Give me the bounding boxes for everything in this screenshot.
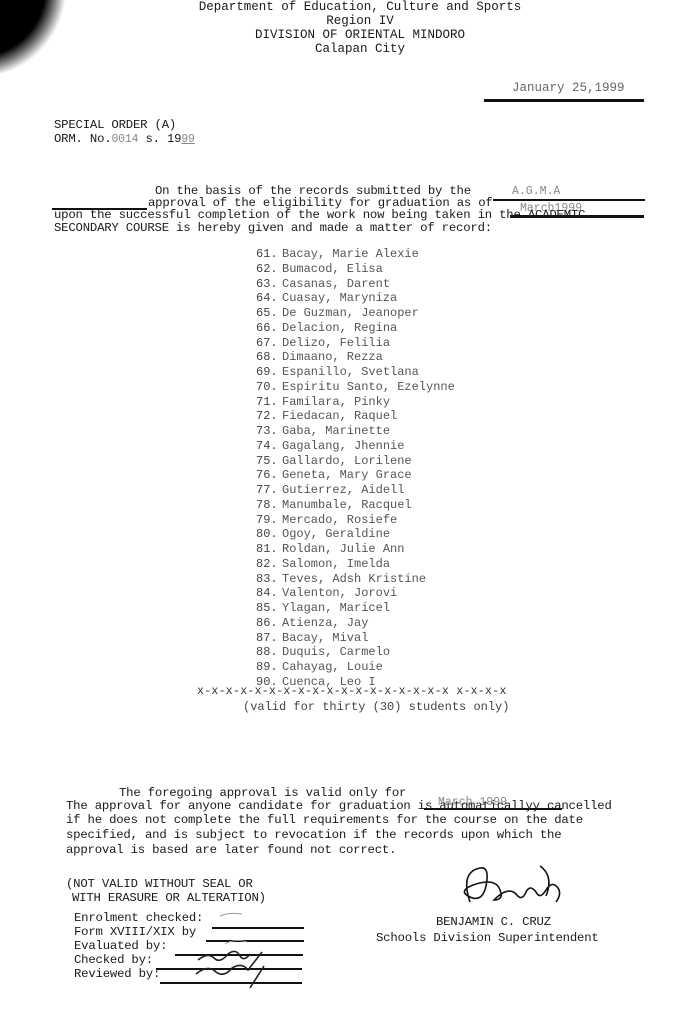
student-name: Familara, Pinky bbox=[282, 395, 390, 409]
list-separator: x-x-x-x-x-x-x-x-x-x-x-x-x-x-x-x-x-x x-x-… bbox=[197, 685, 507, 698]
student-number: 83. bbox=[256, 572, 282, 587]
student-row: 65.De Guzman, Jeanoper bbox=[256, 306, 455, 321]
student-name: Dimaano, Rezza bbox=[282, 350, 383, 364]
student-name: Gutierrez, Aidell bbox=[282, 483, 404, 497]
body-line-4: SECONDARY COURSE is hereby given and mad… bbox=[54, 221, 492, 235]
student-number: 78. bbox=[256, 498, 282, 513]
student-number: 85. bbox=[256, 601, 282, 616]
student-row: 86.Atienza, Jay bbox=[256, 616, 455, 631]
check-checked: Checked by: bbox=[74, 953, 153, 967]
student-row: 67.Delizo, Felilia bbox=[256, 336, 455, 351]
student-number: 88. bbox=[256, 645, 282, 660]
student-name: Valenton, Jorovi bbox=[282, 586, 397, 600]
student-row: 72.Fiedacan, Raquel bbox=[256, 409, 455, 424]
check-evaluated: Evaluated by: bbox=[74, 939, 167, 953]
student-number: 81. bbox=[256, 542, 282, 557]
submitted-by-value: A.G.M.A bbox=[512, 185, 560, 198]
student-row: 87.Bacay, Mival bbox=[256, 631, 455, 646]
student-number: 72. bbox=[256, 409, 282, 424]
footer-line-1: The foregoing approval is valid only for bbox=[119, 786, 406, 800]
body-line-3: upon the successful completion of the wo… bbox=[54, 208, 585, 222]
student-row: 79.Mercado, Rosiefe bbox=[256, 513, 455, 528]
student-row: 73.Gaba, Marinette bbox=[256, 424, 455, 439]
student-number: 74. bbox=[256, 439, 282, 454]
signatory-name: BENJAMIN C. CRUZ bbox=[436, 915, 551, 929]
student-name: Espiritu Santo, Ezelynne bbox=[282, 380, 455, 394]
student-name: Ylagan, Maricel bbox=[282, 601, 390, 615]
student-name: Duquis, Carmelo bbox=[282, 645, 390, 659]
student-row: 69.Espanillo, Svetlana bbox=[256, 365, 455, 380]
student-row: 84.Valenton, Jorovi bbox=[256, 586, 455, 601]
student-row: 68.Dimaano, Rezza bbox=[256, 350, 455, 365]
order-series-label: s. 19 bbox=[145, 132, 181, 146]
student-name: Cuasay, Maryniza bbox=[282, 291, 397, 305]
student-number: 71. bbox=[256, 395, 282, 410]
student-name: Cahayag, Louie bbox=[282, 660, 383, 674]
student-number: 63. bbox=[256, 277, 282, 292]
footer-line-2: The approval for anyone candidate for gr… bbox=[66, 799, 612, 813]
student-row: 66.Delacion, Regina bbox=[256, 321, 455, 336]
student-row: 83.Teves, Adsh Kristine bbox=[256, 572, 455, 587]
student-name: Delacion, Regina bbox=[282, 321, 397, 335]
validity-note: (valid for thirty (30) students only) bbox=[243, 700, 509, 714]
student-row: 81.Roldan, Julie Ann bbox=[256, 542, 455, 557]
order-title: SPECIAL ORDER (A) bbox=[54, 118, 176, 132]
student-row: 80.Ogoy, Geraldine bbox=[256, 527, 455, 542]
student-number: 64. bbox=[256, 291, 282, 306]
header-region: Region IV bbox=[180, 14, 540, 28]
student-row: 88.Duquis, Carmelo bbox=[256, 645, 455, 660]
student-row: 63.Casanas, Darent bbox=[256, 277, 455, 292]
student-row: 70.Espiritu Santo, Ezelynne bbox=[256, 380, 455, 395]
student-name: Casanas, Darent bbox=[282, 277, 390, 291]
student-row: 89.Cahayag, Louie bbox=[256, 660, 455, 675]
student-list: 61.Bacay, Marie Alexie62.Bumacod, Elisa6… bbox=[256, 247, 455, 690]
submitted-by-underline bbox=[493, 199, 645, 201]
student-number: 77. bbox=[256, 483, 282, 498]
footer-line-4: specified, and is subject to revocation … bbox=[66, 828, 561, 842]
student-name: Salomon, Imelda bbox=[282, 557, 390, 571]
student-number: 73. bbox=[256, 424, 282, 439]
student-number: 84. bbox=[256, 586, 282, 601]
student-row: 85.Ylagan, Maricel bbox=[256, 601, 455, 616]
student-name: Atienza, Jay bbox=[282, 616, 368, 630]
student-name: De Guzman, Jeanoper bbox=[282, 306, 419, 320]
student-number: 79. bbox=[256, 513, 282, 528]
student-number: 89. bbox=[256, 660, 282, 675]
scan-shadow bbox=[0, 0, 79, 79]
footer-line-5: approval is based are later found not co… bbox=[66, 843, 396, 857]
student-name: Geneta, Mary Grace bbox=[282, 468, 412, 482]
student-name: Fiedacan, Raquel bbox=[282, 409, 397, 423]
order-series-value: 99 bbox=[181, 133, 194, 146]
student-number: 69. bbox=[256, 365, 282, 380]
header-department: Department of Education, Culture and Spo… bbox=[180, 0, 540, 14]
student-name: Teves, Adsh Kristine bbox=[282, 572, 426, 586]
student-number: 67. bbox=[256, 336, 282, 351]
student-row: 76.Geneta, Mary Grace bbox=[256, 468, 455, 483]
order-number-label: ORM. No. bbox=[54, 132, 111, 146]
student-row: 71.Familara, Pinky bbox=[256, 395, 455, 410]
student-number: 75. bbox=[256, 454, 282, 469]
order-number: ORM. No.0014 s. 1999 bbox=[54, 132, 195, 146]
initials-signatures bbox=[180, 900, 310, 1000]
header-division: DIVISION OF ORIENTAL MINDORO bbox=[180, 28, 540, 42]
date-underline bbox=[484, 99, 644, 102]
student-number: 68. bbox=[256, 350, 282, 365]
student-name: Manumbale, Racquel bbox=[282, 498, 412, 512]
student-number: 61. bbox=[256, 247, 282, 262]
student-name: Delizo, Felilia bbox=[282, 336, 390, 350]
check-reviewed: Reviewed by: bbox=[74, 967, 160, 981]
student-number: 66. bbox=[256, 321, 282, 336]
student-number: 86. bbox=[256, 616, 282, 631]
student-name: Bumacod, Elisa bbox=[282, 262, 383, 276]
footer-line-3: if he does not complete the full require… bbox=[66, 813, 583, 827]
student-number: 80. bbox=[256, 527, 282, 542]
student-row: 82.Salomon, Imelda bbox=[256, 557, 455, 572]
signatory-title: Schools Division Superintendent bbox=[376, 931, 599, 945]
order-number-value: 0014 bbox=[111, 133, 138, 146]
superintendent-signature bbox=[440, 862, 580, 922]
student-name: Ogoy, Geraldine bbox=[282, 527, 390, 541]
student-row: 64.Cuasay, Maryniza bbox=[256, 291, 455, 306]
student-name: Gagalang, Jhennie bbox=[282, 439, 404, 453]
student-number: 65. bbox=[256, 306, 282, 321]
header-city: Calapan City bbox=[180, 42, 540, 56]
student-row: 77.Gutierrez, Aidell bbox=[256, 483, 455, 498]
document-date: January 25,1999 bbox=[512, 81, 625, 95]
check-form: Form XVIII/XIX by bbox=[74, 925, 196, 939]
student-row: 74.Gagalang, Jhennie bbox=[256, 439, 455, 454]
student-name: Gallardo, Lorilene bbox=[282, 454, 412, 468]
student-number: 70. bbox=[256, 380, 282, 395]
student-name: Espanillo, Svetlana bbox=[282, 365, 419, 379]
notice-line-1: (NOT VALID WITHOUT SEAL OR bbox=[66, 877, 253, 891]
student-number: 62. bbox=[256, 262, 282, 277]
student-number: 82. bbox=[256, 557, 282, 572]
student-row: 62.Bumacod, Elisa bbox=[256, 262, 455, 277]
student-name: Roldan, Julie Ann bbox=[282, 542, 404, 556]
student-row: 78.Manumbale, Racquel bbox=[256, 498, 455, 513]
student-number: 76. bbox=[256, 468, 282, 483]
student-number: 87. bbox=[256, 631, 282, 646]
student-row: 75.Gallardo, Lorilene bbox=[256, 454, 455, 469]
student-name: Mercado, Rosiefe bbox=[282, 513, 397, 527]
student-row: 61.Bacay, Marie Alexie bbox=[256, 247, 455, 262]
student-name: Bacay, Mival bbox=[282, 631, 368, 645]
student-name: Gaba, Marinette bbox=[282, 424, 390, 438]
student-name: Bacay, Marie Alexie bbox=[282, 247, 419, 261]
